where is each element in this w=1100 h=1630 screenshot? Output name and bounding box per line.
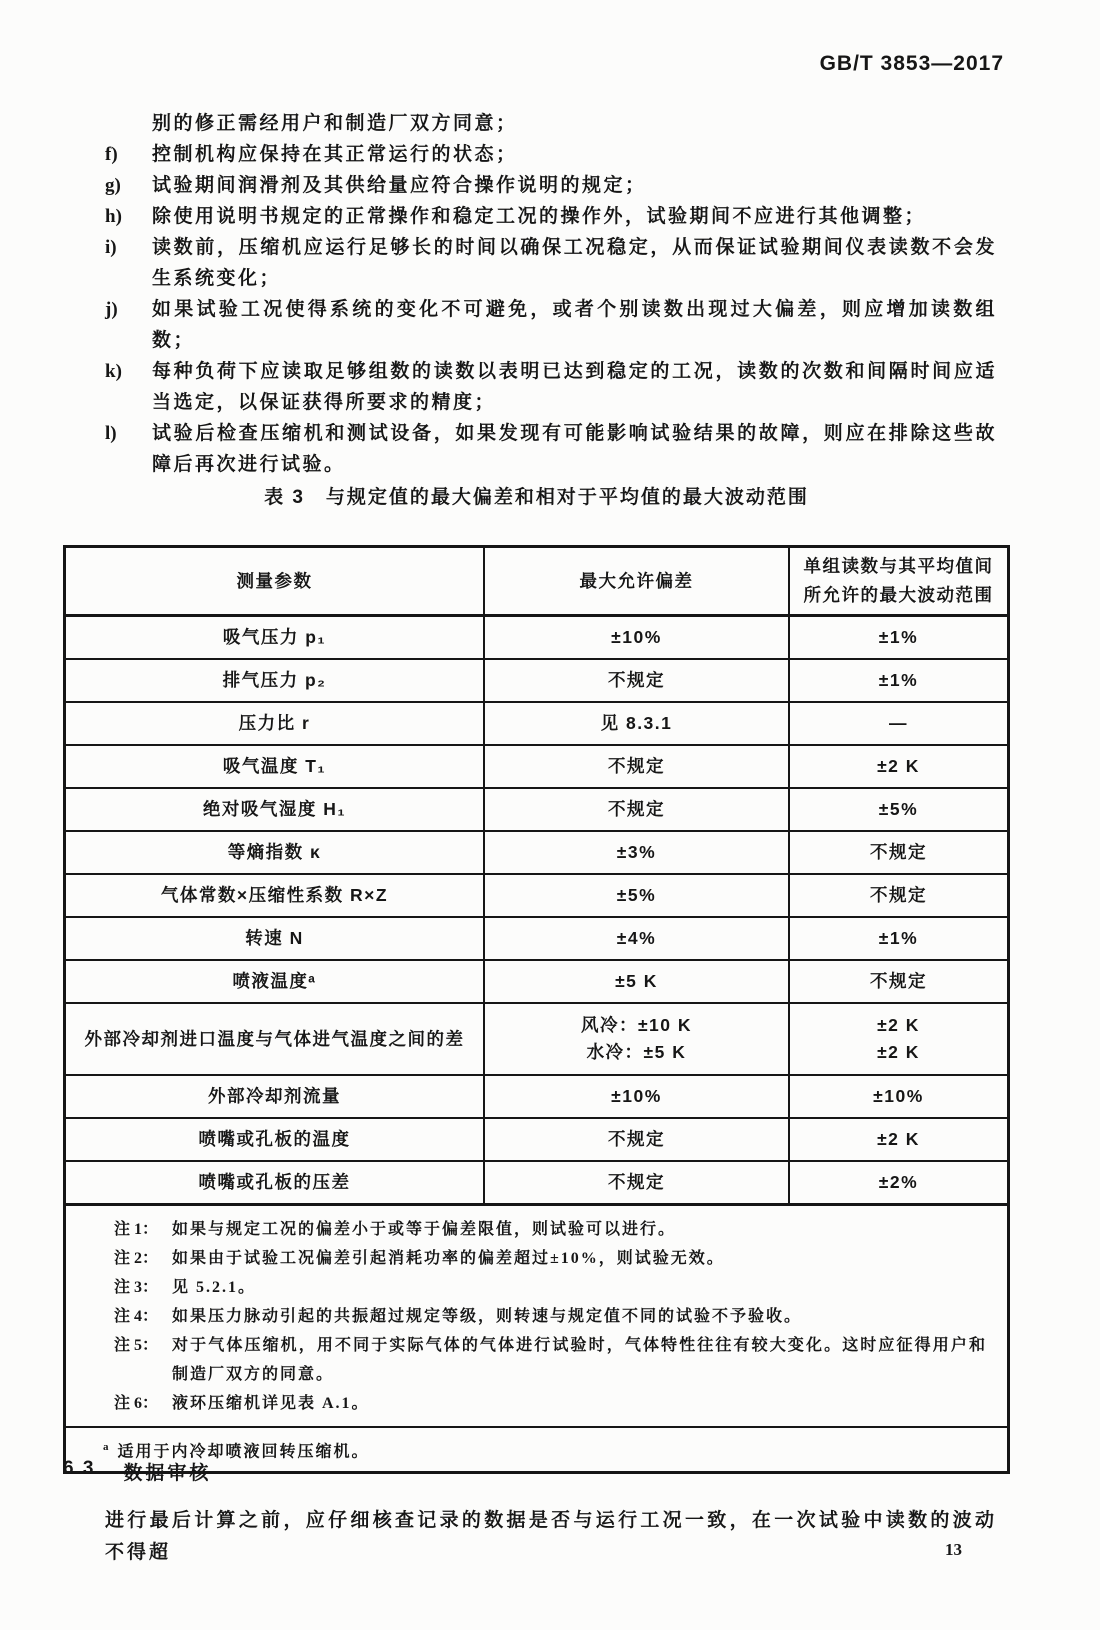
table-row: 压力比 r 见 8.3.1 — [66,703,1007,746]
column-header-fluctuation: 单组读数与其平均值间 所允许的最大波动范围 [790,548,1007,614]
cell-deviation: 不规定 [485,1119,790,1160]
list-item: f) 控制机构应保持在其正常运行的状态； [105,139,997,170]
list-item: l) 试验后检查压缩机和测试设备，如果发现有可能影响试验结果的故障，则应在排除这… [105,418,997,480]
note-label: 注 1： [114,1215,172,1244]
cell-param: 外部冷却剂流量 [66,1076,485,1117]
table-row: 外部冷却剂流量 ±10% ±10% [66,1076,1007,1119]
note-label: 注 2： [114,1244,172,1273]
table-row: 绝对吸气湿度 H₁ 不规定 ±5% [66,789,1007,832]
cell-deviation: ±10% [485,617,790,658]
cell-param: 排气压力 p₂ [66,660,485,701]
note-label: 注 5： [114,1331,172,1389]
cell-deviation: 不规定 [485,660,790,701]
note-label: 注 6： [114,1389,172,1418]
note-text: 液环压缩机详见表 A.1。 [172,1389,987,1418]
cell-fluctuation: 不规定 [790,832,1007,873]
cell-fluctuation: — [790,703,1007,744]
list-item-text: 每种负荷下应读取足够组数的读数以表明已达到稳定的工况，读数的次数和间隔时间应适当… [152,356,997,418]
cell-fluctuation: ±2 K ±2 K [790,1004,1007,1074]
table-row: 喷嘴或孔板的压差 不规定 ±2% [66,1162,1007,1203]
list-item-marker: l) [105,418,152,480]
table-row: 喷嘴或孔板的温度 不规定 ±2 K [66,1119,1007,1162]
table-row: 外部冷却剂进口温度与气体进气温度之间的差 风冷：±10 K 水冷：±5 K ±2… [66,1004,1007,1076]
cell-deviation: 不规定 [485,789,790,830]
cell-deviation: 不规定 [485,1162,790,1203]
list-item: g) 试验期间润滑剂及其供给量应符合操作说明的规定； [105,170,997,201]
table-caption: 表 3 与规定值的最大偏差和相对于平均值的最大波动范围 [63,482,1010,509]
cell-param: 喷嘴或孔板的压差 [66,1162,485,1203]
cell-param: 转速 N [66,918,485,959]
footnote-marker: a [103,1441,109,1453]
section-number: 6.3 [63,1458,95,1485]
list-item-marker: k) [105,356,152,418]
table-row: 排气压力 p₂ 不规定 ±1% [66,660,1007,703]
table-row: 等熵指数 κ ±3% 不规定 [66,832,1007,875]
cell-param: 外部冷却剂进口温度与气体进气温度之间的差 [66,1004,485,1074]
page-number: 13 [945,1540,962,1560]
list-item-text: 如果试验工况使得系统的变化不可避免，或者个别读数出现过大偏差，则应增加读数组数； [152,294,997,356]
cell-param: 喷嘴或孔板的温度 [66,1119,485,1160]
cell-fluctuation: ±1% [790,660,1007,701]
note-label: 注 3： [114,1273,172,1302]
cell-deviation: 见 8.3.1 [485,703,790,744]
list-item: h) 除使用说明书规定的正常操作和稳定工况的操作外，试验期间不应进行其他调整； [105,201,997,232]
list-item-text: 试验后检查压缩机和测试设备，如果发现有可能影响试验结果的故障，则应在排除这些故障… [152,418,997,480]
cell-fluctuation: ±2% [790,1162,1007,1203]
list-item: j) 如果试验工况使得系统的变化不可避免，或者个别读数出现过大偏差，则应增加读数… [105,294,997,356]
cell-deviation: ±4% [485,918,790,959]
note-text: 如果与规定工况的偏差小于或等于偏差限值，则试验可以进行。 [172,1215,987,1244]
cell-fluctuation: ±5% [790,789,1007,830]
table-note: 注 6： 液环压缩机详见表 A.1。 [114,1389,987,1418]
cell-param: 等熵指数 κ [66,832,485,873]
list-item-text: 读数前，压缩机应运行足够长的时间以确保工况稳定，从而保证试验期间仪表读数不会发生… [152,232,997,294]
table-note: 注 2： 如果由于试验工况偏差引起消耗功率的偏差超过±10%，则试验无效。 [114,1244,987,1273]
list-item-marker: i) [105,232,152,294]
column-header-deviation: 最大允许偏差 [485,548,790,614]
list-item-text: 除使用说明书规定的正常操作和稳定工况的操作外，试验期间不应进行其他调整； [152,201,997,232]
list-item-marker: f) [105,139,152,170]
cell-fluctuation: ±1% [790,617,1007,658]
table-row: 喷液温度ᵃ ±5 K 不规定 [66,961,1007,1004]
lettered-list: 别的修正需经用户和制造厂双方同意； f) 控制机构应保持在其正常运行的状态； g… [105,108,997,480]
cell-deviation: ±10% [485,1076,790,1117]
cell-deviation: ±3% [485,832,790,873]
list-item: k) 每种负荷下应读取足够组数的读数以表明已达到稳定的工况，读数的次数和间隔时间… [105,356,997,418]
cell-fluctuation: ±10% [790,1076,1007,1117]
table-row: 气体常数×压缩性系数 R×Z ±5% 不规定 [66,875,1007,918]
cell-param: 压力比 r [66,703,485,744]
note-text: 如果压力脉动引起的共振超过规定等级，则转速与规定值不同的试验不予验收。 [172,1302,987,1331]
body-paragraph: 进行最后计算之前，应仔细核查记录的数据是否与运行工况一致，在一次试验中读数的波动… [105,1505,997,1569]
table-note: 注 1： 如果与规定工况的偏差小于或等于偏差限值，则试验可以进行。 [114,1215,987,1244]
list-item: i) 读数前，压缩机应运行足够长的时间以确保工况稳定，从而保证试验期间仪表读数不… [105,232,997,294]
cell-fluctuation: 不规定 [790,961,1007,1002]
cell-fluctuation: ±2 K [790,1119,1007,1160]
cell-deviation: ±5 K [485,961,790,1002]
table-row: 吸气压力 p₁ ±10% ±1% [66,617,1007,660]
note-text: 见 5.2.1。 [172,1273,987,1302]
cell-param: 绝对吸气湿度 H₁ [66,789,485,830]
table-note: 注 3： 见 5.2.1。 [114,1273,987,1302]
column-header-param: 测量参数 [66,548,485,614]
standard-number: GB/T 3853—2017 [820,52,1004,76]
cell-param: 吸气温度 T₁ [66,746,485,787]
cell-fluctuation: ±1% [790,918,1007,959]
list-item-marker: j) [105,294,152,356]
cell-deviation: 不规定 [485,746,790,787]
note-text: 对于气体压缩机，用不同于实际气体的气体进行试验时，气体特性往往有较大变化。这时应… [172,1331,987,1389]
cell-param: 喷液温度ᵃ [66,961,485,1002]
list-item-text: 试验期间润滑剂及其供给量应符合操作说明的规定； [152,170,997,201]
list-continuation-line: 别的修正需经用户和制造厂双方同意； [105,108,997,139]
cell-fluctuation: 不规定 [790,875,1007,916]
table-note: 注 5： 对于气体压缩机，用不同于实际气体的气体进行试验时，气体特性往往有较大变… [114,1331,987,1389]
cell-deviation: 风冷：±10 K 水冷：±5 K [485,1004,790,1074]
table-header-row: 测量参数 最大允许偏差 单组读数与其平均值间 所允许的最大波动范围 [66,548,1007,617]
note-text: 如果由于试验工况偏差引起消耗功率的偏差超过±10%，则试验无效。 [172,1244,987,1273]
list-item-marker: g) [105,170,152,201]
section-title: 数据审核 [123,1458,211,1485]
list-item-marker: h) [105,201,152,232]
table-3: 测量参数 最大允许偏差 单组读数与其平均值间 所允许的最大波动范围 吸气压力 p… [63,545,1010,1474]
table-note: 注 4： 如果压力脉动引起的共振超过规定等级，则转速与规定值不同的试验不予验收。 [114,1302,987,1331]
table-notes: 注 1： 如果与规定工况的偏差小于或等于偏差限值，则试验可以进行。 注 2： 如… [66,1203,1007,1428]
table-row: 吸气温度 T₁ 不规定 ±2 K [66,746,1007,789]
note-label: 注 4： [114,1302,172,1331]
cell-param: 气体常数×压缩性系数 R×Z [66,875,485,916]
cell-deviation: ±5% [485,875,790,916]
cell-fluctuation: ±2 K [790,746,1007,787]
section-heading: 6.3 数据审核 [63,1458,211,1485]
document-page: GB/T 3853—2017 别的修正需经用户和制造厂双方同意； f) 控制机构… [0,0,1100,1630]
list-item-text: 控制机构应保持在其正常运行的状态； [152,139,997,170]
table-row: 转速 N ±4% ±1% [66,918,1007,961]
cell-param: 吸气压力 p₁ [66,617,485,658]
